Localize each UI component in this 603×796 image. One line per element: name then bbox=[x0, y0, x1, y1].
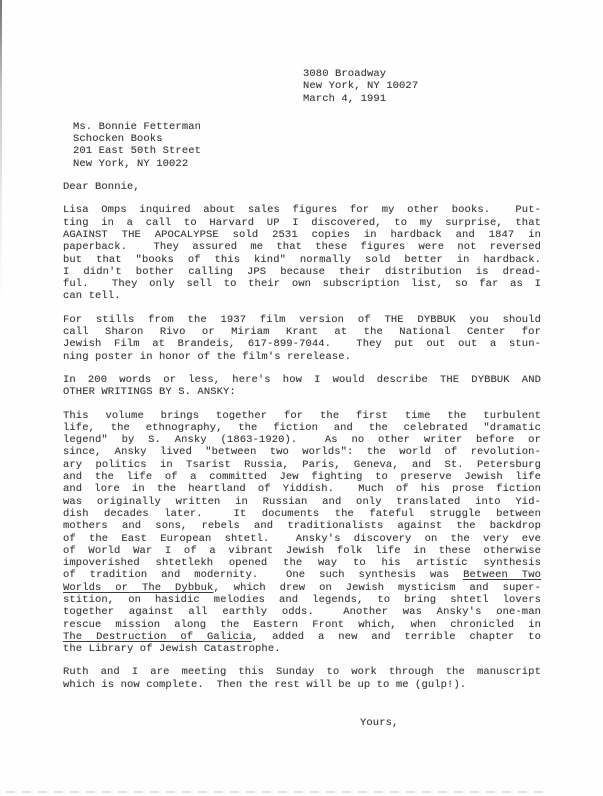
body-paragraph: Lisa Omps inquired about sales figures f… bbox=[63, 204, 541, 302]
spacer bbox=[63, 105, 541, 121]
body-text-segment: life, the ethnography, the fiction and t… bbox=[63, 422, 541, 434]
recipient-company-line: Schocken Books bbox=[73, 133, 541, 145]
body-line: of the East European shtetl. Ansky's dis… bbox=[63, 533, 541, 545]
body-line: Ruth and I are meeting this Sunday to wo… bbox=[63, 666, 541, 678]
body-line: of World War I of a vibrant Jewish folk … bbox=[63, 545, 541, 557]
body-text-segment: Lisa Omps inquired about sales figures f… bbox=[63, 204, 541, 216]
body-text-segment: AGAINST THE APOCALYPSE sold 2531 copies … bbox=[63, 229, 541, 241]
body-line: This volume brings together for the firs… bbox=[63, 410, 541, 422]
body-line: and the life of a committed Jew fighting… bbox=[63, 471, 541, 483]
body-text-segment: of World War I of a vibrant Jewish folk … bbox=[63, 545, 541, 557]
body-text-segment: the Library of Jewish Catastrophe. bbox=[63, 643, 281, 655]
body-text-segment: rescue mission along the Eastern Front w… bbox=[63, 619, 541, 631]
body-line: rescue mission along the Eastern Front w… bbox=[63, 619, 541, 631]
body-line: the Library of Jewish Catastrophe. bbox=[63, 643, 541, 655]
recipient-street-line: 201 East 50th Street bbox=[73, 145, 541, 157]
body-text-segment: ning poster in honor of the film's rerel… bbox=[63, 351, 351, 363]
body-text-segment: This volume brings together for the firs… bbox=[63, 410, 541, 422]
salutation: Dear Bonnie, bbox=[63, 181, 541, 193]
body-line: For stills from the 1937 film version of… bbox=[63, 314, 541, 326]
body-text-segment: legend" by S. Ansky (1863-1920). As no o… bbox=[63, 434, 541, 446]
recipient-name-line: Ms. Bonnie Fetterman bbox=[73, 121, 541, 133]
body-line: ary politics in Tsarist Russia, Paris, G… bbox=[63, 459, 541, 471]
body-line: ful. They only sell to their own subscri… bbox=[63, 278, 541, 290]
scan-edge-artifact bbox=[0, 0, 2, 300]
letter-content: 3080 Broadway New York, NY 10027 March 4… bbox=[63, 68, 541, 729]
body-line: which is now complete. Then the rest wil… bbox=[63, 679, 541, 691]
body-text-segment: but that "books of this kind" normally s… bbox=[63, 254, 541, 266]
body-paragraph: This volume brings together for the firs… bbox=[63, 410, 541, 656]
sender-street-line: 3080 Broadway bbox=[303, 68, 541, 80]
body-text-segment: mothers and sons, rebels and traditional… bbox=[63, 520, 541, 532]
body-line: of tradition and modernity. One such syn… bbox=[63, 569, 541, 581]
body-line: ting in a call to Harvard UP I discovere… bbox=[63, 217, 541, 229]
body-line: AGAINST THE APOCALYPSE sold 2531 copies … bbox=[63, 229, 541, 241]
body-text-segment: ary politics in Tsarist Russia, Paris, G… bbox=[63, 459, 541, 471]
body-line: can tell. bbox=[63, 290, 541, 302]
body-line: paperback. They assured me that these fi… bbox=[63, 241, 541, 253]
body-text-segment: In 200 words or less, here's how I would… bbox=[63, 374, 541, 386]
body-text-segment: , which drew on Jewish mysticism and sup… bbox=[213, 582, 541, 594]
body-text-segment: OTHER WRITINGS BY S. ANSKY: bbox=[63, 386, 236, 398]
body-line: stition, on hasidic melodies and legends… bbox=[63, 594, 541, 606]
body-text-segment: ful. They only sell to their own subscri… bbox=[63, 278, 541, 290]
body-text-segment: For stills from the 1937 film version of… bbox=[63, 314, 541, 326]
spacer bbox=[63, 170, 541, 181]
body-text-segment: stition, on hasidic melodies and legends… bbox=[63, 594, 541, 606]
body-line: and lore in the heartland of Yiddish. Mu… bbox=[63, 483, 541, 495]
body-line: Jewish Film at Brandeis, 617-899-7044. T… bbox=[63, 338, 541, 350]
body-text-segment: call Sharon Rivo or Miriam Krant at the … bbox=[63, 326, 541, 338]
body-line: dish decades later. It documents the fat… bbox=[63, 508, 541, 520]
scan-bottom-noise-artifact bbox=[6, 791, 546, 793]
body-text-segment: ting in a call to Harvard UP I discovere… bbox=[63, 217, 541, 229]
underlined-book-title: Worlds or The Dybbuk bbox=[63, 582, 213, 594]
body-text-segment: can tell. bbox=[63, 290, 121, 302]
body-text-segment: Jewish Film at Brandeis, 617-899-7044. T… bbox=[63, 338, 541, 350]
body-text-segment: paperback. They assured me that these fi… bbox=[63, 241, 541, 253]
body-line: The Destruction of Galicia, added a new … bbox=[63, 631, 541, 643]
body-line: OTHER WRITINGS BY S. ANSKY: bbox=[63, 386, 541, 398]
body-text-segment: impoverished shtetlekh opened the way to… bbox=[63, 557, 541, 569]
body-line: I didn't bother calling JPS because thei… bbox=[63, 266, 541, 278]
recipient-address-block: Ms. Bonnie Fetterman Schocken Books 201 … bbox=[73, 121, 541, 170]
body-line: impoverished shtetlekh opened the way to… bbox=[63, 557, 541, 569]
body-paragraph: In 200 words or less, here's how I would… bbox=[63, 374, 541, 399]
recipient-city-line: New York, NY 10022 bbox=[73, 158, 541, 170]
body-text-segment: I didn't bother calling JPS because thei… bbox=[63, 266, 541, 278]
underlined-book-title: Between Two bbox=[463, 569, 541, 581]
letter-page: 3080 Broadway New York, NY 10027 March 4… bbox=[0, 0, 603, 796]
body-text-segment: , added a new and terrible chapter to bbox=[252, 631, 541, 643]
body-line: ning poster in honor of the film's rerel… bbox=[63, 351, 541, 363]
body-line: together against all earthly odds. Anoth… bbox=[63, 606, 541, 618]
body-text-segment: was originally written in Russian and on… bbox=[63, 496, 541, 508]
body-line: since, Ansky lived "between two worlds":… bbox=[63, 446, 541, 458]
body-text-segment: since, Ansky lived "between two worlds":… bbox=[63, 446, 541, 458]
body-text-segment: which is now complete. Then the rest wil… bbox=[63, 679, 466, 691]
body-line: life, the ethnography, the fiction and t… bbox=[63, 422, 541, 434]
body-line: legend" by S. Ansky (1863-1920). As no o… bbox=[63, 434, 541, 446]
sender-address-block: 3080 Broadway New York, NY 10027 March 4… bbox=[303, 68, 541, 105]
sender-city-line: New York, NY 10027 bbox=[303, 80, 541, 92]
body-text-segment: Ruth and I are meeting this Sunday to wo… bbox=[63, 666, 541, 678]
body-text-segment: of the East European shtetl. Ansky's dis… bbox=[63, 533, 541, 545]
body-text-segment: of tradition and modernity. One such syn… bbox=[63, 569, 463, 581]
body-line: mothers and sons, rebels and traditional… bbox=[63, 520, 541, 532]
body-text-segment: and the life of a committed Jew fighting… bbox=[63, 471, 541, 483]
body-line: call Sharon Rivo or Miriam Krant at the … bbox=[63, 326, 541, 338]
body-paragraph: Ruth and I are meeting this Sunday to wo… bbox=[63, 666, 541, 691]
body-text-segment: and lore in the heartland of Yiddish. Mu… bbox=[63, 483, 541, 495]
body-line: Worlds or The Dybbuk, which drew on Jewi… bbox=[63, 582, 541, 594]
body-text-segment: together against all earthly odds. Anoth… bbox=[63, 606, 541, 618]
body-text-segment: dish decades later. It documents the fat… bbox=[63, 508, 541, 520]
body-line: was originally written in Russian and on… bbox=[63, 496, 541, 508]
letter-body: Lisa Omps inquired about sales figures f… bbox=[63, 204, 541, 691]
body-line: Lisa Omps inquired about sales figures f… bbox=[63, 204, 541, 216]
closing-valediction: Yours, bbox=[360, 717, 541, 729]
body-line: In 200 words or less, here's how I would… bbox=[63, 374, 541, 386]
letter-date: March 4, 1991 bbox=[303, 93, 541, 105]
body-line: but that "books of this kind" normally s… bbox=[63, 254, 541, 266]
underlined-book-title: The Destruction of Galicia bbox=[63, 631, 252, 643]
body-paragraph: For stills from the 1937 film version of… bbox=[63, 314, 541, 363]
